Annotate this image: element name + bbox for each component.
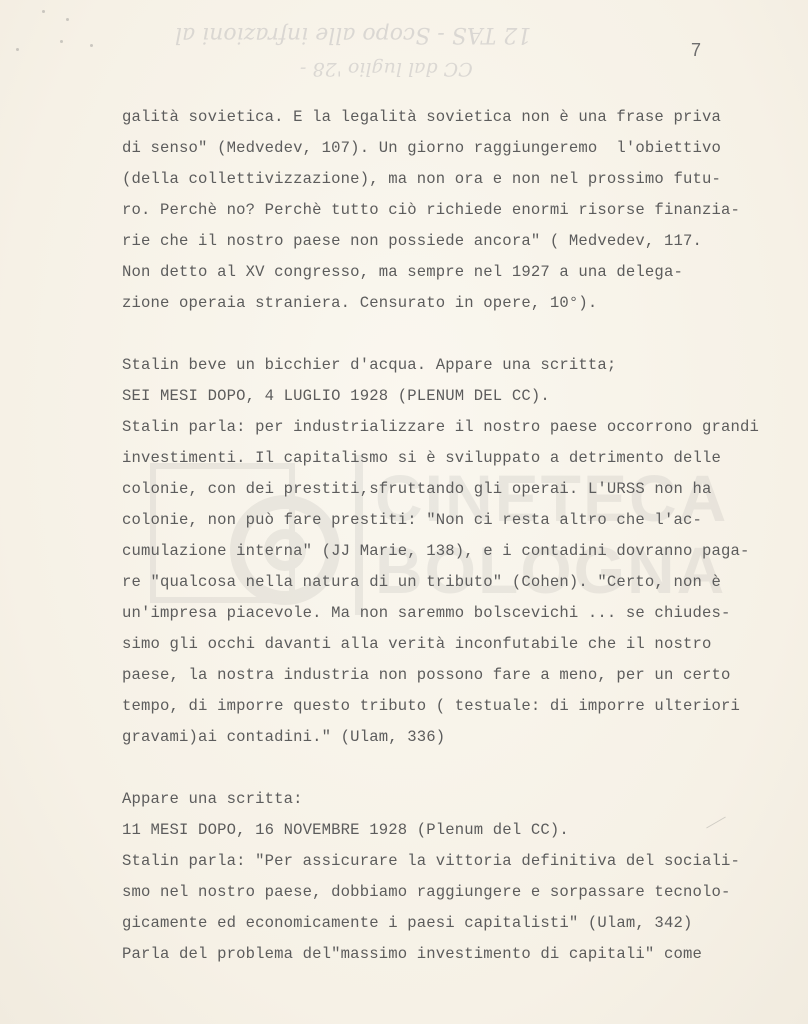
page-number: 7 [691,40,701,61]
text-line: paese, la nostra industria non possono f… [122,660,792,691]
text-line: SEI MESI DOPO, 4 LUGLIO 1928 (PLENUM DEL… [122,381,792,412]
paper-speck [42,10,45,13]
paper-speck [90,44,93,47]
paper-speck [60,40,63,43]
text-line: simo gli occhi davanti alla verità incon… [122,629,792,660]
text-line: Stalin parla: "Per assicurare la vittori… [122,846,792,877]
text-line: investimenti. Il capitalismo si è svilup… [122,443,792,474]
text-line: ro. Perchè no? Perchè tutto ciò richiede… [122,195,792,226]
text-line: Stalin parla: per industrializzare il no… [122,412,792,443]
paper-speck [66,18,69,21]
text-line: Parla del problema del"massimo investime… [122,939,792,970]
text-line: tempo, di imporre questo tributo ( testu… [122,691,792,722]
paragraph-gap [122,319,792,350]
text-line: galità sovietica. E la legalità sovietic… [122,102,792,133]
text-line: re "qualcosa nella natura di un tributo"… [122,567,792,598]
text-line: Non detto al XV congresso, ma sempre nel… [122,257,792,288]
text-line: colonie, non può fare prestiti: "Non ci … [122,505,792,536]
text-line: Stalin beve un bicchier d'acqua. Appare … [122,350,792,381]
text-line: rie che il nostro paese non possiede anc… [122,226,792,257]
text-line: smo nel nostro paese, dobbiamo raggiunge… [122,877,792,908]
text-line: colonie, con dei prestiti,sfruttando gli… [122,474,792,505]
text-line: zione operaia straniera. Censurato in op… [122,288,792,319]
handwritten-note-1: 12 TAS - Scopo alle infrazioni al [175,22,531,47]
paragraph-1: galità sovietica. E la legalità sovietic… [122,102,792,319]
text-line: (della collettivizzazione), ma non ora e… [122,164,792,195]
text-line: Appare una scritta: [122,784,792,815]
paragraph-2: Stalin beve un bicchier d'acqua. Appare … [122,350,792,753]
text-line: gravami)ai contadini." (Ulam, 336) [122,722,792,753]
typewritten-page: 12 TAS - Scopo alle infrazioni al CC dal… [0,0,808,1024]
text-line: di senso" (Medvedev, 107). Un giorno rag… [122,133,792,164]
text-line: un'impresa piacevole. Ma non saremmo bol… [122,598,792,629]
text-line: cumulazione interna" (JJ Marie, 138), e … [122,536,792,567]
paper-speck [16,48,19,51]
text-line: gicamente ed economicamente i paesi capi… [122,908,792,939]
handwritten-note-2: CC dal luglio '28 - [300,58,473,80]
paragraph-gap [122,753,792,784]
text-line: 11 MESI DOPO, 16 NOVEMBRE 1928 (Plenum d… [122,815,792,846]
paragraph-3: Appare una scritta: 11 MESI DOPO, 16 NOV… [122,784,792,970]
typed-body: galità sovietica. E la legalità sovietic… [122,102,792,970]
